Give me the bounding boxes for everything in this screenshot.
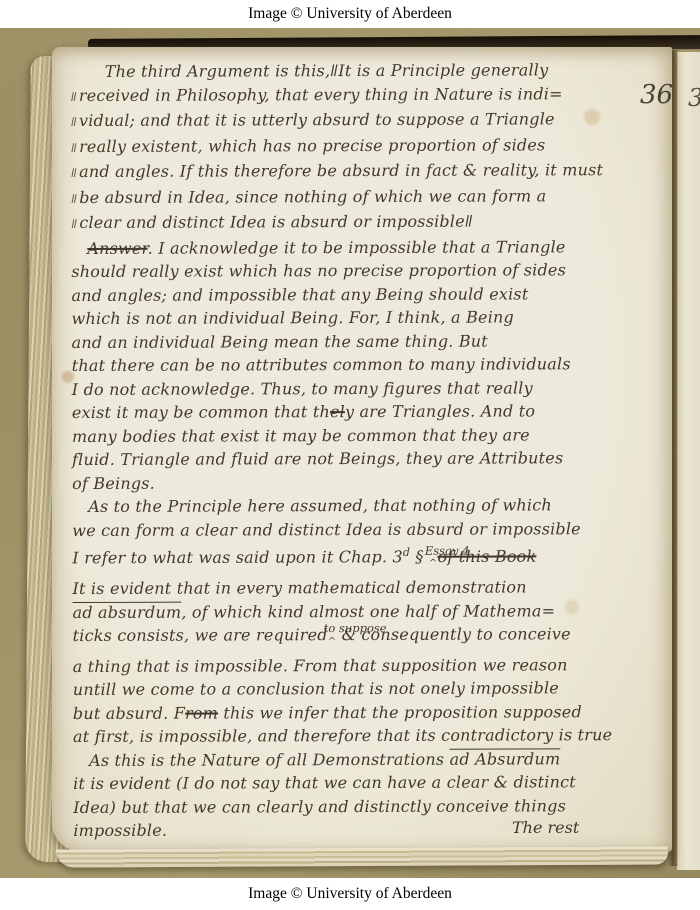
handwritten-text: It is evident that in every mathematical… xyxy=(72,577,526,598)
manuscript-line: that there can be no attributes common t… xyxy=(72,352,660,378)
handwritten-text: y are Triangles. And to xyxy=(345,401,535,421)
struck-text: el xyxy=(330,402,345,421)
manuscript-line: Answer. I acknowledge it to be impossibl… xyxy=(71,234,659,260)
copyright-caption-bottom: Image © University of Aberdeen xyxy=(0,878,700,910)
margin-mark: ǁ xyxy=(71,90,79,104)
manuscript-line: of Beings. xyxy=(72,469,660,495)
copyright-caption-top: Image © University of Aberdeen xyxy=(0,0,700,28)
manuscript-photo: 36 3 The third Argument is this,ǁIt is a… xyxy=(0,28,700,878)
manuscript-line: and an individual Being mean the same th… xyxy=(72,328,660,354)
handwritten-text: this we infer that the proposition suppo… xyxy=(218,702,582,722)
handwritten-text: we can form a clear and distinct Idea is… xyxy=(72,519,581,540)
handwritten-text: The third Argument is this,ǁIt is a Prin… xyxy=(105,60,549,81)
margin-mark: ǁ xyxy=(71,140,79,154)
manuscript-line: Idea) but that we can clearly and distin… xyxy=(73,794,661,820)
handwritten-text: I do not acknowledge. Thus, to many figu… xyxy=(72,378,533,399)
margin-mark: ǁ xyxy=(71,217,79,231)
manuscript-line: untill we come to a conclusion that is n… xyxy=(73,676,661,702)
handwritten-text: a thing that is impossible. From that su… xyxy=(73,655,568,676)
manuscript-line: ǁand angles. If this therefore be absurd… xyxy=(71,158,659,186)
manuscript-line: ǁbe absurd in Idea, since nothing of whi… xyxy=(71,183,659,211)
facing-page-number: 3 xyxy=(688,84,700,112)
handwritten-text: untill we come to a conclusion that is n… xyxy=(73,679,559,700)
handwritten-text: exist it may be common that th xyxy=(72,402,330,422)
margin-mark: ǁ xyxy=(71,191,79,205)
handwritten-text: really existent, which has no precise pr… xyxy=(79,135,545,156)
handwritten-text: be absurd in Idea, since nothing of whic… xyxy=(79,186,546,207)
margin-mark: ǁ xyxy=(71,115,79,129)
manuscript-line: I do not acknowledge. Thus, to many figu… xyxy=(72,375,660,401)
manuscript-line: It is evident that in every mathematical… xyxy=(72,575,660,601)
handwritten-text: but absurd. F xyxy=(73,703,185,722)
manuscript-line: ǁclear and distinct Idea is absurd or im… xyxy=(71,209,659,237)
superscript-text: d xyxy=(403,546,410,559)
handwritten-text: that there can be no attributes common t… xyxy=(72,354,571,375)
manuscript-line: and angles; and impossible that any Bein… xyxy=(71,281,659,307)
handwritten-text: received in Philosophy, that every thing… xyxy=(79,84,563,105)
manuscript-line: ǁreally existent, which has no precise p… xyxy=(71,132,659,160)
page-bottom-edges xyxy=(56,846,668,867)
handwritten-text: As to the Principle here assumed, that n… xyxy=(88,495,552,516)
handwritten-text: which is not an individual Being. For, I… xyxy=(72,307,514,328)
manuscript-line: which is not an individual Being. For, I… xyxy=(71,305,659,331)
manuscript-line: As to the Principle here assumed, that n… xyxy=(72,493,660,519)
handwritten-text: ticks consists, we are required xyxy=(73,625,328,645)
manuscript-text: The third Argument is this,ǁIt is a Prin… xyxy=(71,58,662,843)
overlined-text: ad Absurdum xyxy=(450,749,561,768)
handwritten-text: I refer to what was said upon it Chap. 3 xyxy=(72,547,403,567)
handwritten-text: of Beings. xyxy=(72,473,155,492)
manuscript-line: but absurd. From this we infer that the … xyxy=(73,700,661,726)
handwritten-text: clear and distinct Idea is absurd or imp… xyxy=(79,212,473,232)
manuscript-line: it is evident (I do not say that we can … xyxy=(73,770,661,796)
manuscript-line: fluid. Triangle and fluid are not Beings… xyxy=(72,446,660,472)
manuscript-line: exist it may be common that thely are Tr… xyxy=(72,399,660,425)
handwritten-text: it is evident (I do not say that we can … xyxy=(73,772,576,793)
manuscript-line: a thing that is impossible. From that su… xyxy=(73,653,661,679)
manuscript-line: at first, is impossible, and therefore t… xyxy=(73,723,661,749)
handwritten-text: and angles; and impossible that any Bein… xyxy=(71,284,528,305)
manuscript-line: ǁreceived in Philosophy, that every thin… xyxy=(71,81,659,109)
handwritten-text: and angles. If this therefore be absurd … xyxy=(79,160,603,181)
struck-text: Answer xyxy=(87,238,147,257)
handwritten-text: and an individual Being mean the same th… xyxy=(72,331,488,351)
copyright-text-bottom: Image © University of Aberdeen xyxy=(248,885,452,903)
margin-mark: ǁ xyxy=(71,166,79,180)
manuscript-line: I refer to what was said upon it Chap. 3… xyxy=(72,540,660,577)
overlined-text: ad absurdum xyxy=(73,602,182,621)
manuscript-line: ticks consists, we are requiredto suppos… xyxy=(73,622,661,655)
manuscript-line: should really exist which has no precise… xyxy=(71,258,659,284)
manuscript-line: many bodies that exist it may be common … xyxy=(72,422,660,448)
interlinear-insertion: to suppose^ xyxy=(328,623,337,654)
manuscript-line: ǁvidual; and that it is utterly absurd t… xyxy=(71,107,659,135)
manuscript-line: we can form a clear and distinct Idea is… xyxy=(72,516,660,542)
handwritten-text: Idea) but that we can clearly and distin… xyxy=(73,796,566,817)
struck-text: rom xyxy=(185,703,218,722)
handwritten-text: fluid. Triangle and fluid are not Beings… xyxy=(72,448,563,469)
handwritten-text: many bodies that exist it may be common … xyxy=(72,425,530,446)
handwritten-text: should really exist which has no precise… xyxy=(71,260,566,281)
facing-page-edge xyxy=(677,52,700,870)
handwritten-text: at first, is impossible, and therefore t… xyxy=(73,725,612,746)
handwritten-text: vidual; and that it is utterly absurd to… xyxy=(79,109,555,130)
manuscript-line: The third Argument is this,ǁIt is a Prin… xyxy=(71,58,659,84)
handwritten-text: impossible. xyxy=(73,821,167,840)
handwritten-text: As this is the Nature of all Demonstrati… xyxy=(89,749,450,769)
interlinear-insertion: Essay 4^ xyxy=(429,545,438,576)
manuscript-line: As this is the Nature of all Demonstrati… xyxy=(73,747,661,773)
handwritten-text: . I acknowledge it to be impossible that… xyxy=(148,237,566,257)
copyright-text-top: Image © University of Aberdeen xyxy=(248,5,452,23)
catchword: The rest xyxy=(512,818,579,837)
